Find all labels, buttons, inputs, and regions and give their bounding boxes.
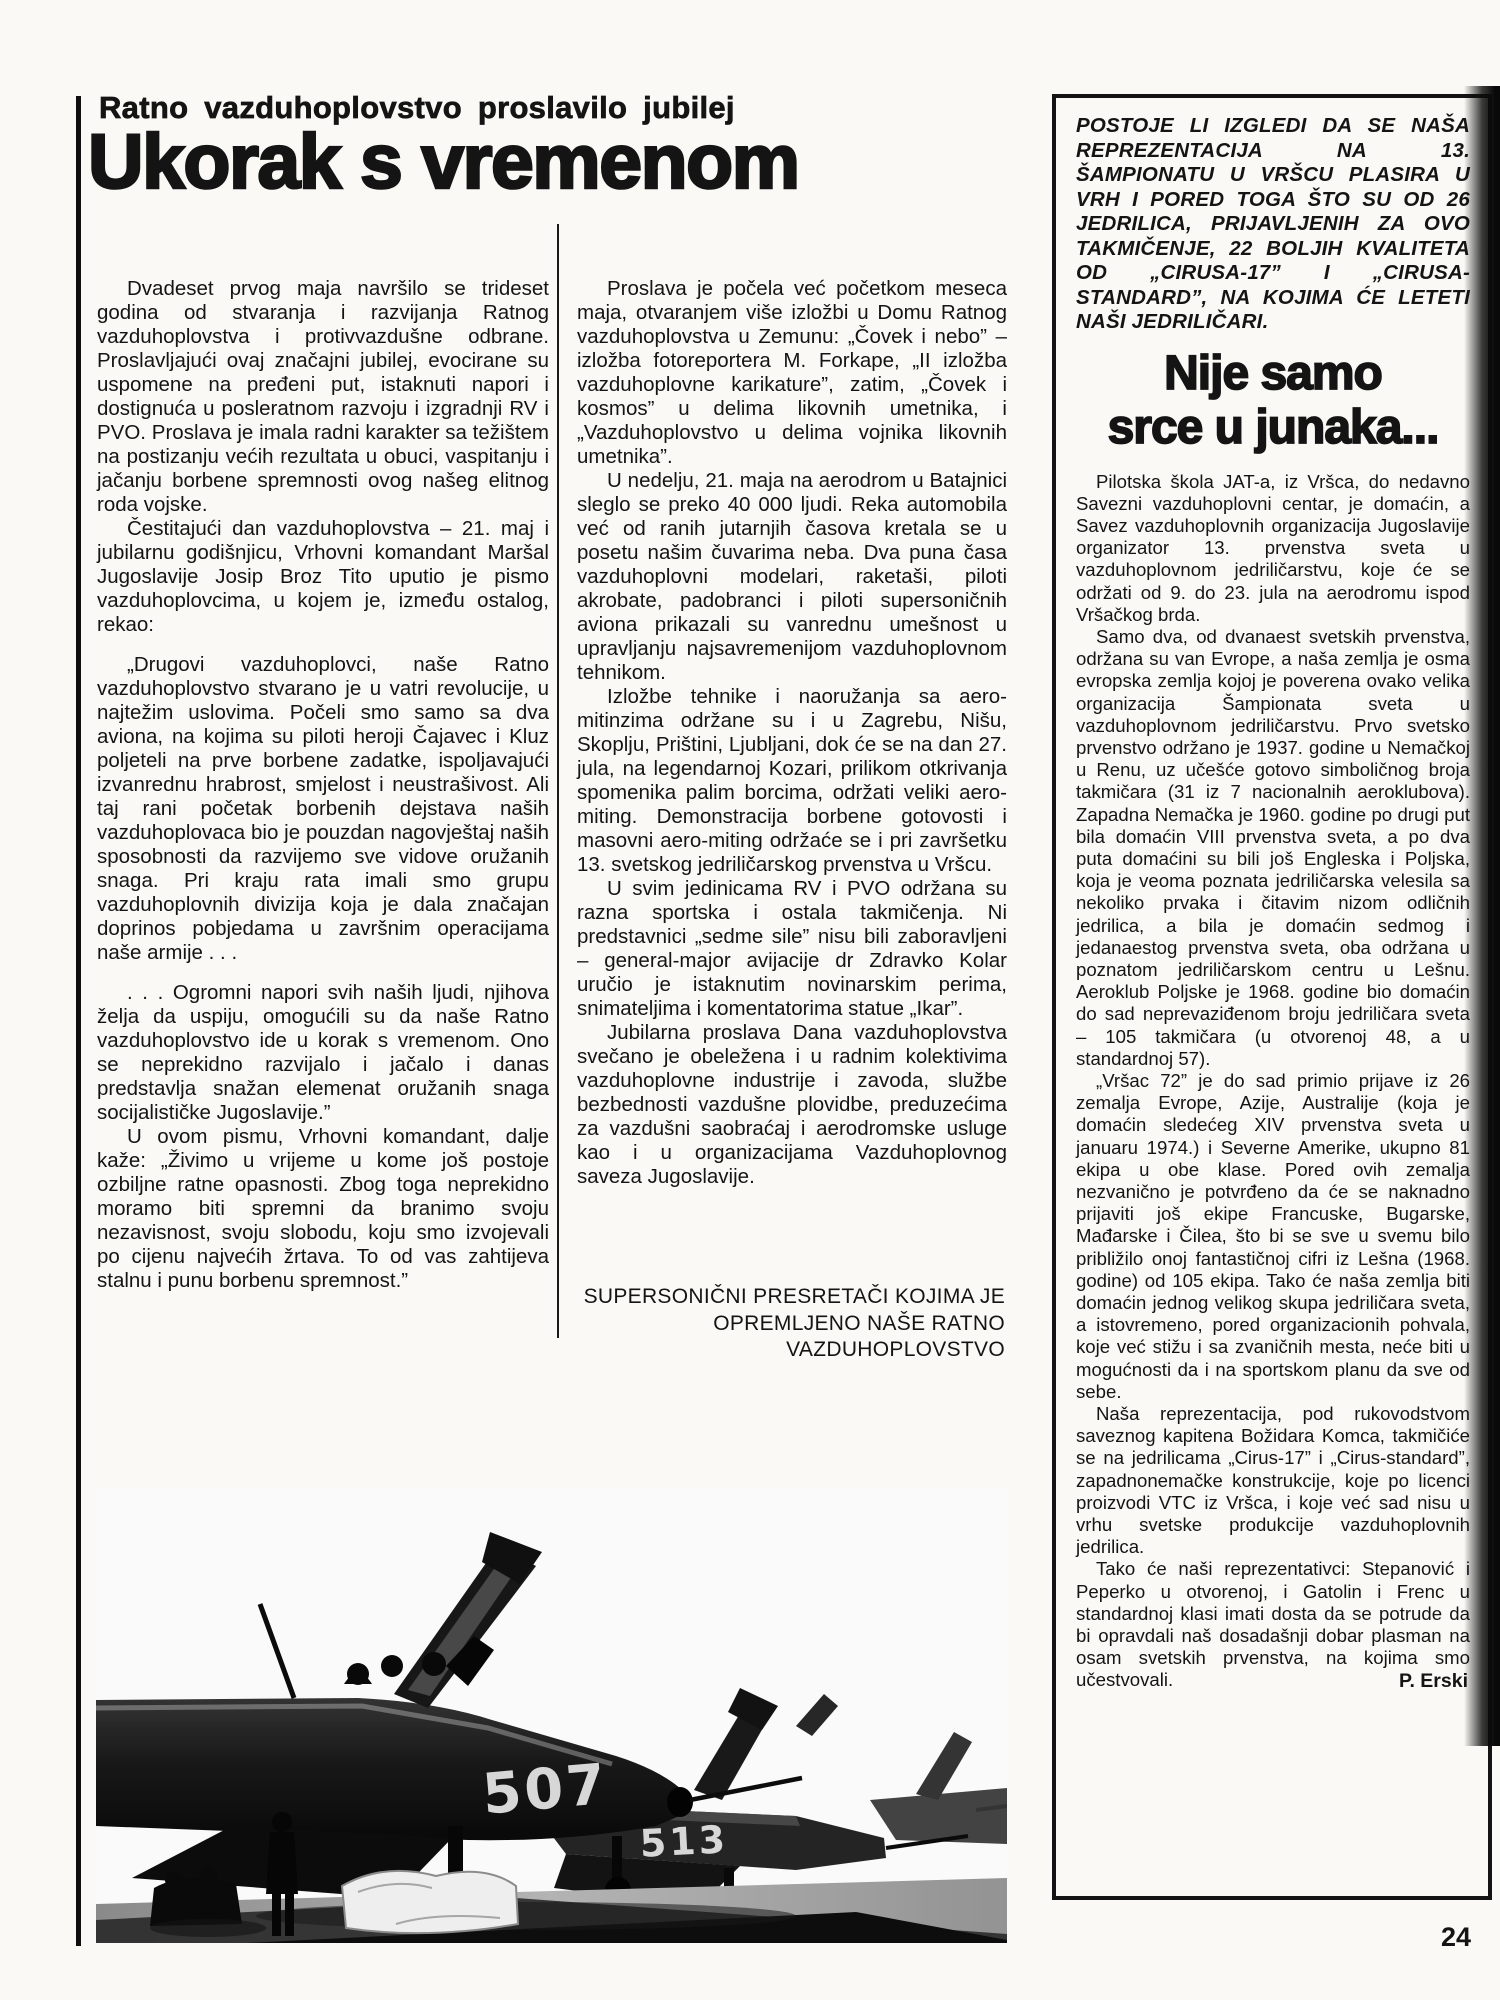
left-margin-rule — [76, 96, 81, 1946]
article-column-left: Dvadeset prvog maja navršilo se trideset… — [97, 277, 549, 1293]
visitor-head — [422, 1652, 446, 1676]
paragraph: U ovom pismu, Vrhovni komandant, dalje k… — [97, 1125, 549, 1293]
paragraph: Pilotska škola JAT-a, iz Vršca, do nedav… — [1076, 471, 1470, 626]
photo-mig21-lineup: 513 507 — [96, 1488, 1007, 1943]
visitor-head — [381, 1655, 403, 1677]
paragraph: Čestitajući dan vazduhoplovstva – 21. ma… — [97, 517, 549, 637]
paragraph: Naša reprezentacija, pod rukovodstvom sa… — [1076, 1403, 1470, 1558]
article-column-middle: Proslava je počela već početkom meseca m… — [577, 277, 1007, 1189]
paragraph: Izložbe tehnike i naoružanja sa aero-mit… — [577, 685, 1007, 877]
photo-caption: SUPERSONIČNI PRESRETAČI KOJIMA JE OPREML… — [567, 1284, 1005, 1364]
sidebar-article-box: POSTOJE LI IZGLEDI DA SE NAŠA REPREZENTA… — [1052, 94, 1492, 1900]
paragraph: U svim jedinicama RV i PVO održana su ra… — [577, 877, 1007, 1021]
sidebar-headline-line2: srce u junaka... — [1076, 401, 1470, 455]
sidebar-headline-line1: Nije samo — [1076, 347, 1470, 401]
aircraft-number-507: 507 — [480, 1752, 611, 1828]
paragraph: Jubilarna proslava Dana vazduhoplovstva … — [577, 1021, 1007, 1189]
equipment-tarp — [342, 1871, 518, 1933]
article-headline: Ukorak s vremenom — [88, 118, 799, 207]
paragraph: Samo dva, od dvanaest svetskih prvenstva… — [1076, 626, 1470, 1070]
paragraph: „Drugovi vazduhoplovci, naše Ratno vazdu… — [97, 653, 549, 965]
scan-edge-shadow — [1464, 86, 1500, 1746]
page-number: 24 — [1441, 1922, 1471, 1953]
column-divider-rule — [557, 224, 559, 1338]
sidebar-lead: POSTOJE LI IZGLEDI DA SE NAŠA REPREZENTA… — [1076, 114, 1470, 335]
paragraph: Dvadeset prvog maja navršilo se trideset… — [97, 277, 549, 517]
paragraph: . . . Ogromni napori svih naših ljudi, n… — [97, 981, 549, 1125]
mig21-lineup-illustration: 513 507 — [96, 1488, 1007, 1943]
sidebar-headline: Nije samo srce u junaka... — [1076, 347, 1470, 455]
paragraph: U nedelju, 21. maja na aerodrom u Batajn… — [577, 469, 1007, 685]
magazine-page: Ratno vazduhoplovstvo proslavilo jubilej… — [0, 0, 1500, 2000]
sidebar-body: Pilotska škola JAT-a, iz Vršca, do nedav… — [1076, 471, 1470, 1692]
paragraph: „Vršac 72” je do sad primio prijave iz 2… — [1076, 1070, 1470, 1403]
paragraph: Proslava je počela već početkom meseca m… — [577, 277, 1007, 469]
